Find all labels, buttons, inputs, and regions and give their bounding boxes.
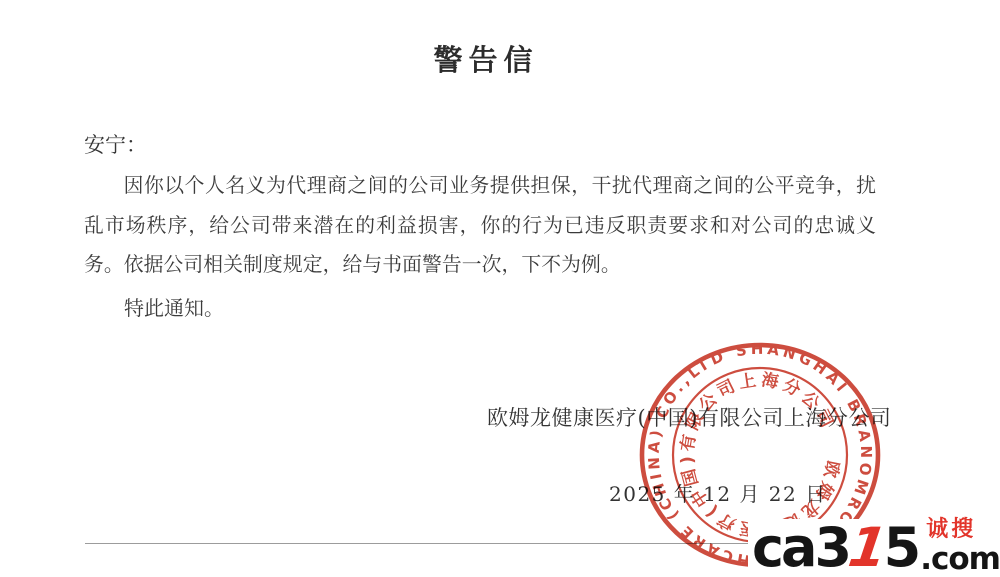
watermark-tld: .com xyxy=(920,544,1000,575)
watermark-brand: ca315 xyxy=(752,521,918,575)
warning-letter-document: 警告信 安宁： 因你以个人名义为代理商之间的公司业务提供担保，干扰代理商之间的公… xyxy=(0,0,1000,577)
watermark-brand-suffix: 5 xyxy=(884,516,919,577)
watermark-tagline: 诚搜 xyxy=(926,519,976,541)
watermark-brand-prefix: ca3 xyxy=(752,516,849,577)
ca315-watermark-logo: ca315 诚搜 .com xyxy=(748,519,1000,575)
closing-note: 特此通知。 xyxy=(84,292,224,321)
salutation: 安宁： xyxy=(84,129,147,159)
document-title: 警告信 xyxy=(0,38,986,79)
watermark-brand-accent: 1 xyxy=(845,521,887,575)
body-paragraph: 因你以个人名义为代理商之间的公司业务提供担保，干扰代理商之间的公平竞争，扰乱市场… xyxy=(84,166,876,285)
